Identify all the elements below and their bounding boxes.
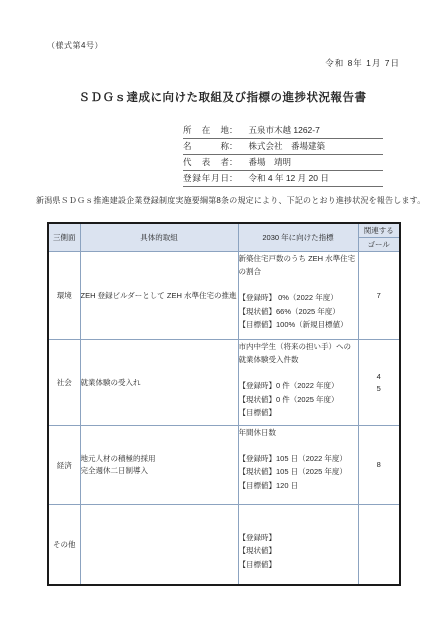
header-goal-line1: 関連する bbox=[358, 223, 400, 238]
initiative-cell: 地元人材の積極的採用完全週休二日制導入 bbox=[80, 426, 238, 505]
label-colon: ： bbox=[229, 171, 238, 185]
intro-sentence: 新潟県ＳＤＧｓ推進建設企業登録制度実施要綱第8条の規定により、下記のとおり進捗状… bbox=[36, 195, 426, 206]
header-goal-line2: ゴール bbox=[358, 238, 400, 252]
registration-date-row: 登録年月日：令和 4 年 12 月 20 日 bbox=[183, 171, 383, 187]
table-row-environment: 環境 ZEH 登録ビルダーとして ZEH 水準住宅の推進 新築住宅戸数のうち Z… bbox=[48, 252, 400, 340]
company-name-value: 株式会社 番場建築 bbox=[249, 139, 326, 153]
aspect-cell: 経済 bbox=[48, 426, 80, 505]
report-date: 令和 8年 1月 7日 bbox=[325, 57, 400, 69]
table-row-society: 社会 就業体験の受入れ 市内中学生（将来の担い手）への就業体験受入件数 【登録時… bbox=[48, 340, 400, 426]
representative-row: 代表者：番場 靖明 bbox=[183, 155, 383, 171]
registration-date-value: 令和 4 年 12 月 20 日 bbox=[249, 171, 329, 185]
indicator-cell: 【登録時】【現状値】【目標値】 bbox=[238, 505, 358, 585]
goal-cell: 7 bbox=[358, 252, 400, 340]
indicator-cell: 市内中学生（将来の担い手）への就業体験受入件数 【登録時】0 件（2022 年度… bbox=[238, 340, 358, 426]
indicator-cell: 年間休日数 【登録時】105 日（2022 年度）【現状値】105 日（2025… bbox=[238, 426, 358, 505]
header-indicator: 2030 年に向けた指標 bbox=[238, 223, 358, 252]
company-address-row: 所在地：五泉市木越 1262-7 bbox=[183, 123, 383, 139]
aspect-cell: 社会 bbox=[48, 340, 80, 426]
header-initiative: 具体的取組 bbox=[80, 223, 238, 252]
aspect-cell: その他 bbox=[48, 505, 80, 585]
page-title: ＳＤＧｓ達成に向けた取組及び指標の進捗状況報告書 bbox=[0, 89, 445, 105]
company-address-label: 所在地 bbox=[183, 123, 229, 137]
company-name-row: 名称：株式会社 番場建築 bbox=[183, 139, 383, 155]
label-colon: ： bbox=[229, 139, 238, 153]
representative-value: 番場 靖明 bbox=[249, 155, 292, 169]
aspect-cell: 環境 bbox=[48, 252, 80, 340]
report-page: （様式第4号） 令和 8年 1月 7日 ＳＤＧｓ達成に向けた取組及び指標の進捗状… bbox=[0, 0, 445, 630]
company-name-label: 名称 bbox=[183, 139, 229, 153]
goal-cell: 8 bbox=[358, 426, 400, 505]
goal-cell: 45 bbox=[358, 340, 400, 426]
initiative-cell: ZEH 登録ビルダーとして ZEH 水準住宅の推進 bbox=[80, 252, 238, 340]
representative-label: 代表者 bbox=[183, 155, 229, 169]
initiative-cell: 就業体験の受入れ bbox=[80, 340, 238, 426]
registration-date-label: 登録年月日 bbox=[183, 171, 229, 185]
goal-cell bbox=[358, 505, 400, 585]
form-number: （様式第4号） bbox=[47, 40, 103, 51]
label-colon: ： bbox=[229, 155, 238, 169]
initiative-cell bbox=[80, 505, 238, 585]
table-row-economy: 経済 地元人材の積極的採用完全週休二日制導入 年間休日数 【登録時】105 日（… bbox=[48, 426, 400, 505]
company-address-value: 五泉市木越 1262-7 bbox=[249, 123, 320, 137]
indicator-cell: 新築住宅戸数のうち ZEH 水準住宅の割合 【登録時】 0%（2022 年度）【… bbox=[238, 252, 358, 340]
label-colon: ： bbox=[229, 123, 238, 137]
header-aspect: 三側面 bbox=[48, 223, 80, 252]
company-info: 所在地：五泉市木越 1262-7 名称：株式会社 番場建築 代表者：番場 靖明 … bbox=[183, 123, 383, 187]
table-row-other: その他 【登録時】【現状値】【目標値】 bbox=[48, 505, 400, 585]
progress-table: 三側面 具体的取組 2030 年に向けた指標 関連する ゴール 環境 ZEH 登… bbox=[47, 222, 401, 586]
